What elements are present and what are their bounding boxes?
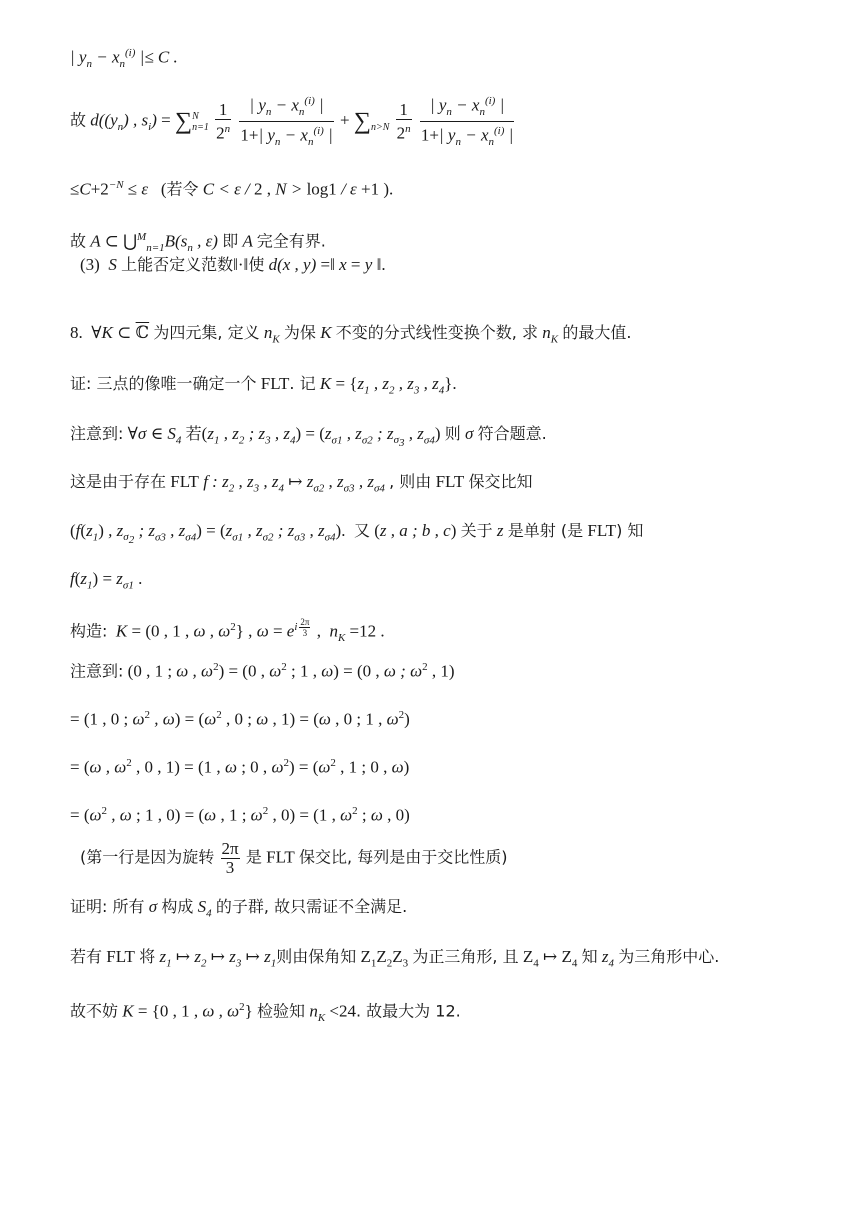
question-3-line: (3) S 上能否定义范数‖·‖使 d(x , y) =‖ x = y ‖. [80, 254, 386, 276]
distance-sum-line: 故 d((yn) , si) = ∑Nn=1 12n | yn − xn(i) … [70, 92, 516, 151]
problem-8-statement: 8. ∀K ⊂ ℂ 为四元集, 定义 nK 为保 K 不变的分式线性变换个数, … [70, 322, 631, 350]
equality-row-2: = (1 , 0 ; ω2 , ω) = (ω2 , 0 ; ω , 1) = … [70, 704, 410, 731]
flt-existence-line: 这是由于存在 FLT f : z2 , z3 , z4 ↦ zσ2 , zσ3 … [70, 471, 533, 499]
subgroup-proof-line: 证明: 所有 σ 构成 S4 的子群, 故只需证不全满足. [70, 896, 407, 924]
rotation-note-line: (第一行是因为旋转 2π3 是 FLT 保交比, 每列是由于交比性质) [80, 840, 507, 877]
fz1-line: f(z1) = zσ1 . [70, 568, 142, 596]
document-page: | yn − xn(i) |≤ C . 故 d((yn) , si) = ∑Nn… [0, 0, 854, 1219]
cross-ratio-line: (f(z1) , zσ2 ; zσ3 , zσ4) = (zσ1 , zσ2 ;… [70, 520, 643, 552]
equality-row-4: = (ω2 , ω ; 1 , 0) = (ω , 1 ; ω2 , 0) = … [70, 800, 410, 827]
equality-row-3: = (ω , ω2 , 0 , 1) = (1 , ω ; 0 , ω2) = … [70, 752, 409, 779]
conclusion-line: 故不妨 K = {0 , 1 , ω , ω2} 检验知 nK <24. 故最大… [70, 996, 461, 1029]
inequality-line: | yn − xn(i) |≤ C . [70, 42, 178, 75]
equality-row-1: 注意到: (0 , 1 ; ω , ω2) = (0 , ω2 ; 1 , ω)… [70, 656, 455, 683]
triangle-line: 若有 FLT 将 z1 ↦ z2 ↦ z3 ↦ z1则由保角知 Z1Z2Z3 为… [70, 946, 719, 974]
proof-intro-line: 证: 三点的像唯一确定一个 FLT. 记 K = {z1 , z2 , z3 ,… [70, 373, 457, 401]
construction-line: 构造: K = (0 , 1 , ω , ω2} , ω = ei2π3 , n… [70, 616, 385, 649]
note-permutation-line: 注意到: ∀σ ∈ S4 若(z1 , z2 ; z3 , z4) = (zσ1… [70, 423, 547, 455]
bound-line: ≤C+2−N ≤ ε (若令 C < ε / 2 , N > log1 / ε … [70, 174, 393, 201]
